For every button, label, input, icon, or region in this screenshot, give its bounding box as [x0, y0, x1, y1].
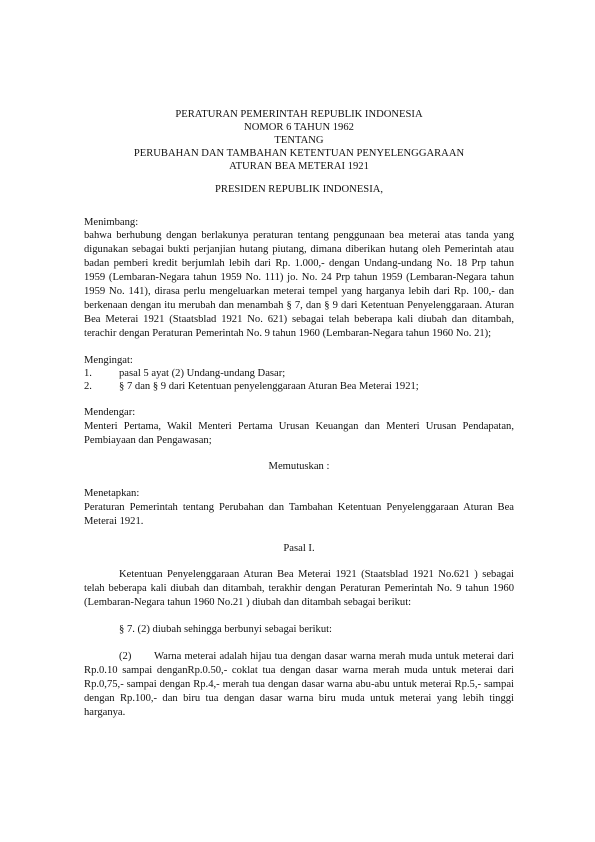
menetapkan-line: Peraturan Pemerintah tentang Perubahan d…	[84, 501, 514, 514]
pasal-intro-line: Ketentuan Penyelenggaraan Aturan Bea Met…	[119, 568, 514, 581]
mendengar-line: Pembiayaan dan Pengawasan;	[84, 434, 514, 447]
title-line-4: PERUBAHAN DAN TAMBAHAN KETENTUAN PENYELE…	[84, 147, 514, 160]
section-7-heading: § 7. (2) diubah sehingga berbunyi sebaga…	[119, 623, 549, 636]
menimbang-line: bahwa berhubung dengan berlakunya peratu…	[84, 229, 514, 242]
ayat-line: Warna meterai adalah hijau tua dengan da…	[154, 650, 514, 663]
pasal-heading: Pasal I.	[84, 542, 514, 555]
mengingat-item-number: 2.	[84, 380, 92, 393]
menimbang-line: digunakan sebagai bukti perjanjian hutan…	[84, 243, 514, 256]
menimbang-line: 1959 (Lembaran-Negara tahun 1959 No. 111…	[84, 271, 514, 284]
menimbang-line: terachir dengan Peraturan Pemerintah No.…	[84, 327, 514, 340]
mengingat-item-text: pasal 5 ayat (2) Undang-undang Dasar;	[119, 367, 285, 380]
menetapkan-line: Meterai 1921.	[84, 515, 514, 528]
ayat-line: harganya.	[84, 706, 514, 719]
mengingat-item-number: 1.	[84, 367, 92, 380]
ayat-line: dengan Rp.100,- dan biru tua dengan dasa…	[84, 692, 514, 705]
mengingat-label: Mengingat:	[84, 354, 514, 367]
president-heading: PRESIDEN REPUBLIK INDONESIA,	[84, 183, 514, 196]
pasal-intro-line: (Lembaran-Negara tahun 1960 No.21 ) diub…	[84, 596, 514, 609]
mengingat-item-text: § 7 dan § 9 dari Ketentuan penyelenggara…	[119, 380, 419, 393]
menimbang-line: berkenaan dengan itu merubah dan menamba…	[84, 299, 514, 312]
title-line-2: NOMOR 6 TAHUN 1962	[84, 121, 514, 134]
menimbang-line: 1959 No. 141), dirasa perlu mengeluarkan…	[84, 285, 514, 298]
ayat-line: Rp.0,75,- sampai dengan Rp.4,- merah tua…	[84, 678, 514, 691]
title-line-3: TENTANG	[84, 134, 514, 147]
menimbang-label: Menimbang:	[84, 216, 514, 229]
memutuskan-heading: Memutuskan :	[84, 460, 514, 473]
mendengar-line: Menteri Pertama, Wakil Menteri Pertama U…	[84, 420, 514, 433]
menetapkan-label: Menetapkan:	[84, 487, 514, 500]
title-line-5: ATURAN BEA METERAI 1921	[84, 160, 514, 173]
ayat-number: (2)	[119, 650, 159, 663]
title-line-1: PERATURAN PEMERINTAH REPUBLIK INDONESIA	[84, 108, 514, 121]
mendengar-label: Mendengar:	[84, 406, 514, 419]
menimbang-line: badan pemberi kredit berjumlah lebih dar…	[84, 257, 514, 270]
pasal-intro-line: telah beberapa kali diubah dan ditambah,…	[84, 582, 514, 595]
ayat-line: Rp.0.10 sampai denganRp.0.50,- coklat tu…	[84, 664, 514, 677]
menimbang-line: Bea Meterai 1921 (Staatsblad 1921 No. 62…	[84, 313, 514, 326]
